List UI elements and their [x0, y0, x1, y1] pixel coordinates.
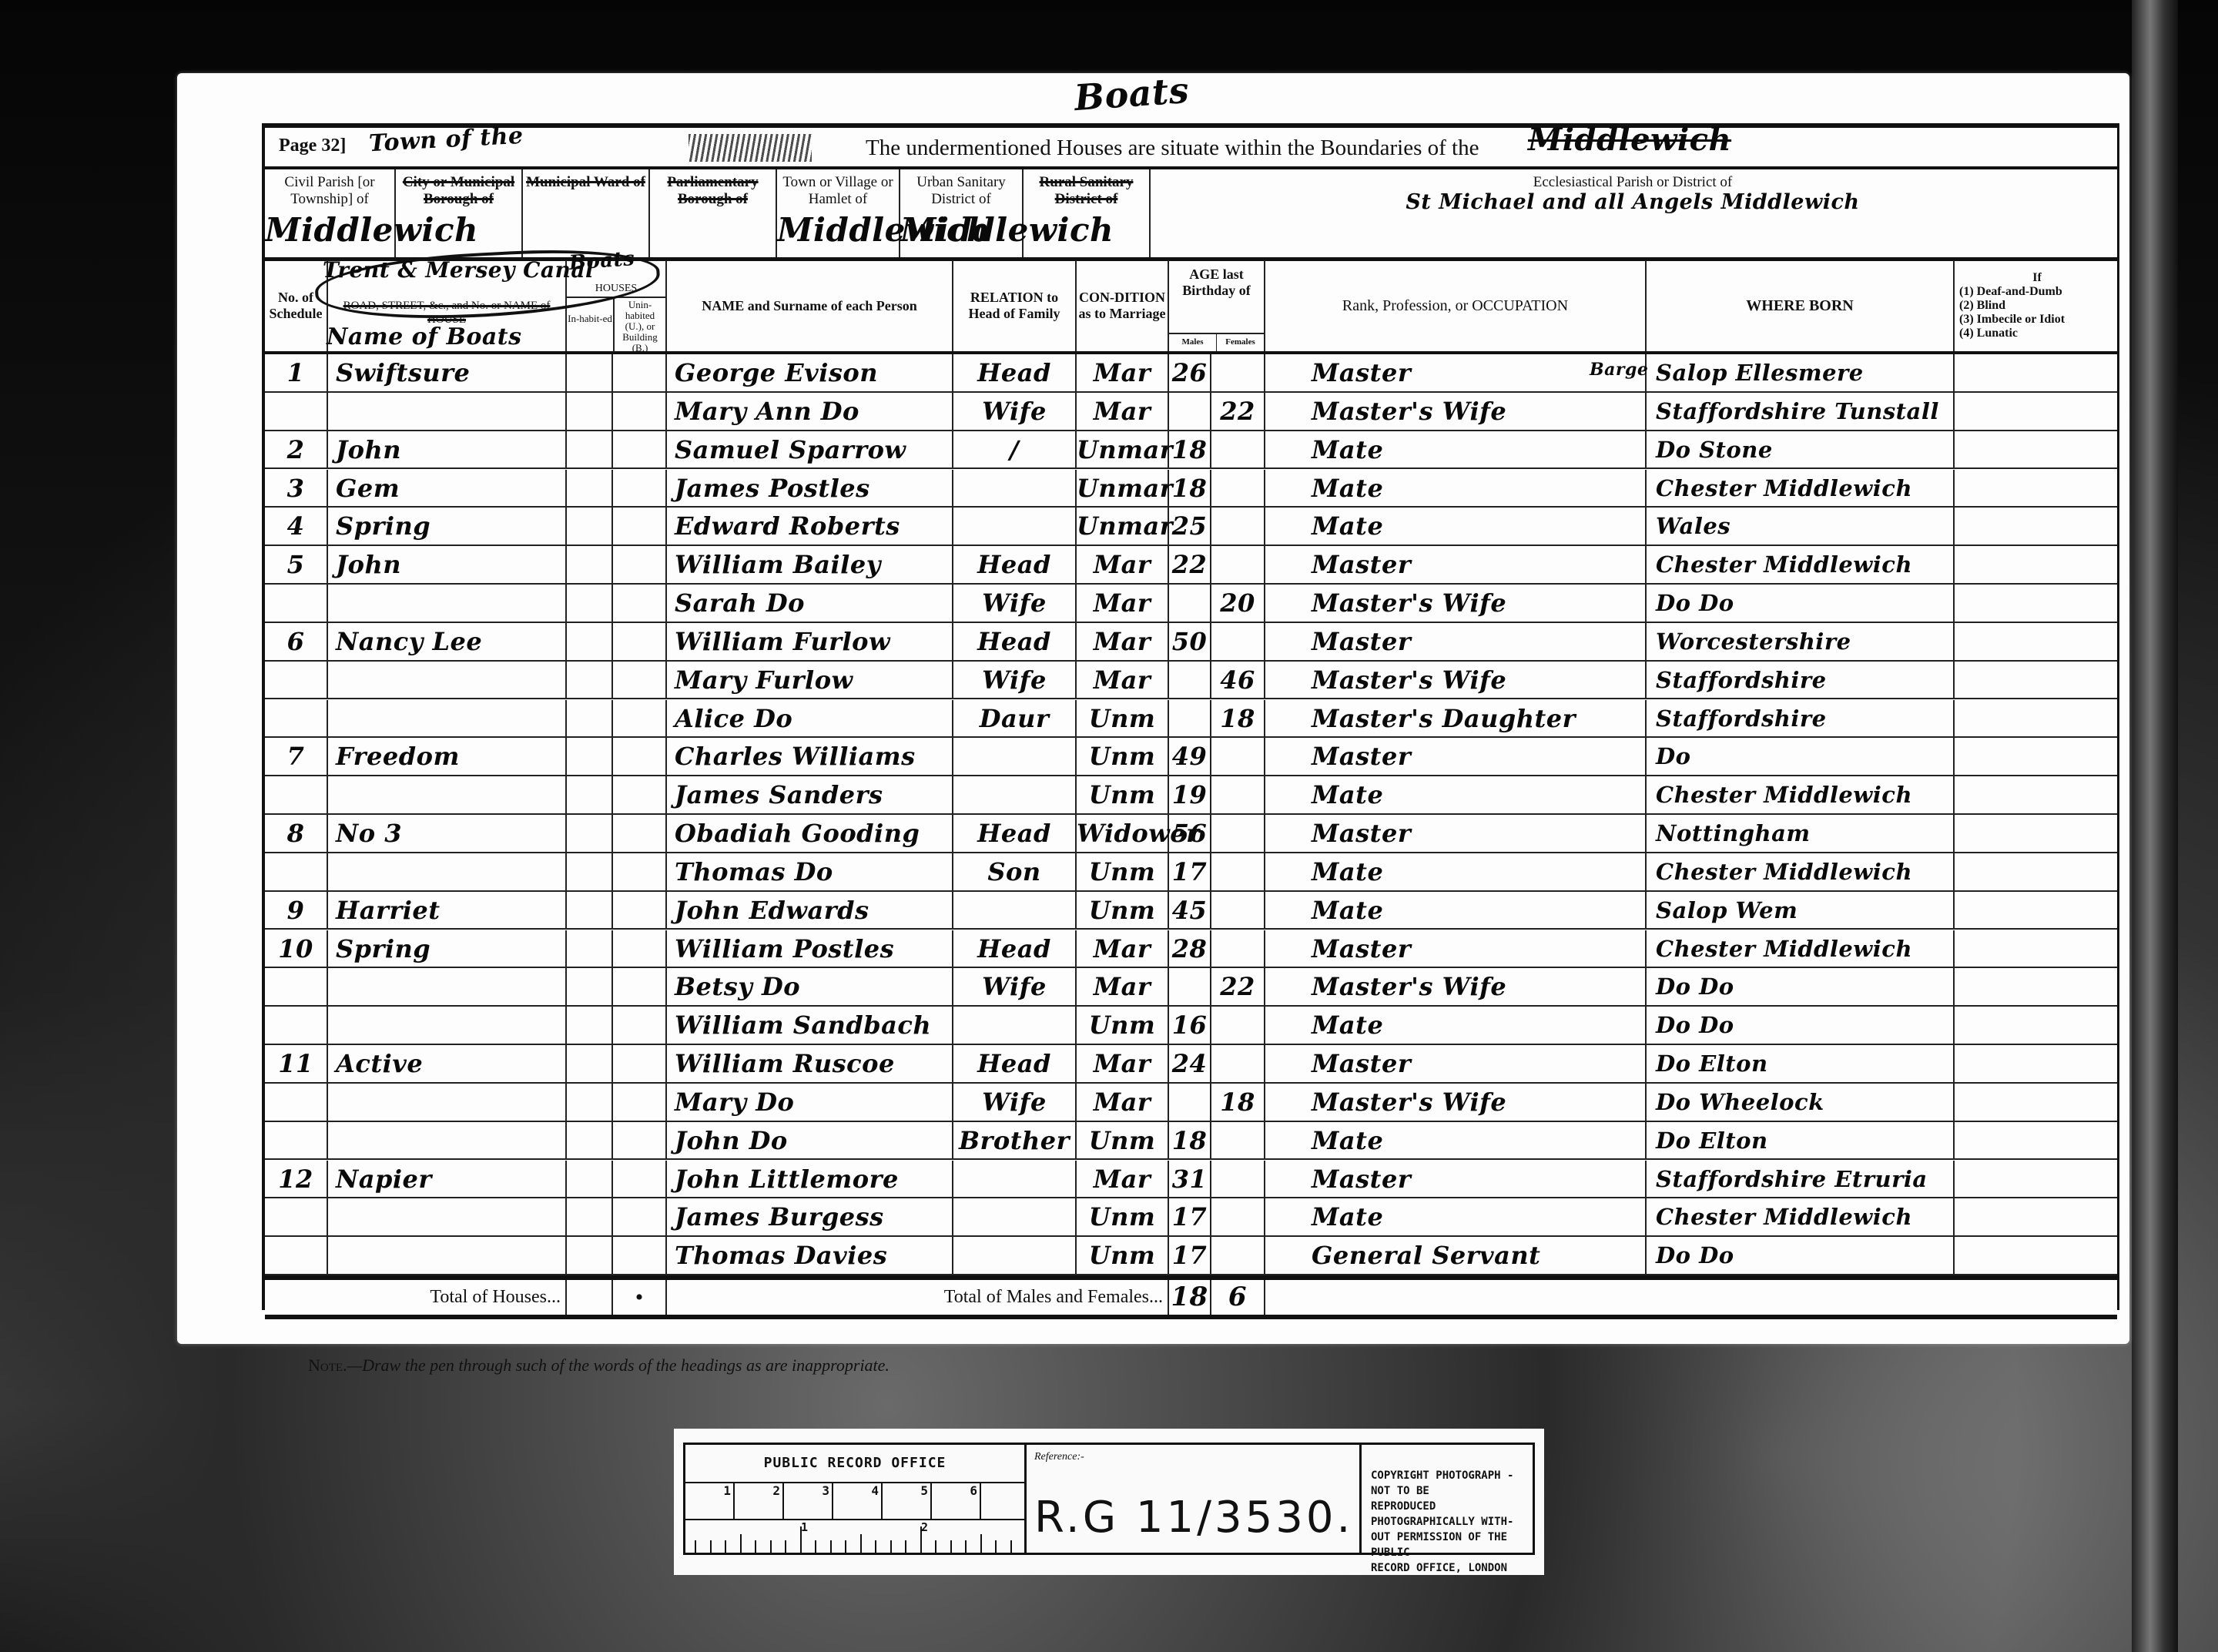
cell-empty	[613, 700, 667, 737]
boundary-value: Middlewich	[1528, 122, 1731, 158]
copyright-line: COPYRIGHT PHOTOGRAPH - NOT TO BE	[1371, 1468, 1533, 1499]
col-schedule: No. of Schedule	[265, 260, 328, 351]
cell-name: Samuel Sparrow	[667, 431, 953, 468]
cell-male-age: 50	[1169, 623, 1211, 660]
ruler-cm-mark: 3	[784, 1483, 833, 1519]
total-persons-label: Total of Males and Females...	[667, 1280, 1169, 1315]
cell-empty	[613, 738, 667, 775]
cell-male-age	[1169, 393, 1211, 430]
reference-box: Reference:- R.G 11/3530.	[1027, 1445, 1362, 1553]
col-age-males: Males	[1169, 334, 1217, 351]
cell-empty	[567, 431, 613, 468]
cell-empty	[613, 585, 667, 622]
cell-male-age: 17	[1169, 853, 1211, 890]
cell-where-born: Chester Middlewich	[1647, 853, 1955, 890]
cell-where-born: Do Stone	[1647, 431, 1955, 468]
cell-female-age: 22	[1211, 968, 1265, 1005]
cell-occupation: Master's Wife	[1265, 1084, 1647, 1121]
location-title: City or Municipal Borough of	[396, 169, 521, 208]
cell-schedule: 1	[265, 354, 328, 391]
cell-where-born: Do Do	[1647, 968, 1955, 1005]
cell-relation: Brother	[953, 1122, 1077, 1159]
cell-boat: Harriet	[328, 892, 567, 929]
copyright-line: RECORD OFFICE, LONDON	[1371, 1560, 1533, 1576]
situate-text: The undermentioned Houses are situate wi…	[866, 136, 1479, 161]
location-title: Parliamentary Borough of	[650, 169, 776, 208]
ruler-cm: 123456	[685, 1483, 1024, 1520]
cell-empty	[567, 892, 613, 929]
cell-occupation: Master	[1265, 738, 1647, 775]
table-row: 9HarrietJohn EdwardsUnm45MateSalop Wem	[265, 892, 2117, 930]
ruler-tick	[950, 1540, 952, 1553]
cell-schedule	[265, 1198, 328, 1235]
cell-occupation: Master's Wife	[1265, 662, 1647, 699]
cell-empty	[1955, 853, 2115, 890]
cell-empty	[1955, 1007, 2115, 1044]
cell-where-born: Do	[1647, 738, 1955, 775]
infirmity-option: (2) Blind	[1959, 299, 2115, 313]
cell-empty	[1955, 1161, 2115, 1198]
cell-male-age: 24	[1169, 1045, 1211, 1082]
cell-occupation: Master's Wife	[1265, 968, 1647, 1005]
cell-condition: Unm	[1077, 776, 1169, 813]
cell-female-age	[1211, 1045, 1265, 1082]
census-form: Page 32] Town of the The undermentioned …	[262, 123, 2119, 1310]
cell-empty	[613, 1237, 667, 1274]
cell-empty	[567, 1237, 613, 1274]
cell-relation: Head	[953, 623, 1077, 660]
location-value: St Michael and all Angels Middlewich	[1151, 191, 2115, 214]
total-females: 6	[1211, 1280, 1265, 1315]
cell-empty	[1955, 892, 2115, 929]
cell-boat	[328, 968, 567, 1005]
cell-relation: Head	[953, 354, 1077, 391]
location-cell: Parliamentary Borough of	[650, 169, 777, 257]
cell-relation: Head	[953, 546, 1077, 583]
cell-where-born: Salop Wem	[1647, 892, 1955, 929]
cell-female-age	[1211, 470, 1265, 507]
cell-boat: Active	[328, 1045, 567, 1082]
cell-condition: Unm	[1077, 853, 1169, 890]
ruler-tick	[995, 1540, 997, 1553]
cell-name: Sarah Do	[667, 585, 953, 622]
cell-empty	[567, 1122, 613, 1159]
cell-condition: Unmar	[1077, 508, 1169, 545]
ruler-tick	[1010, 1540, 1012, 1553]
cell-name: John Do	[667, 1122, 953, 1159]
cell-relation	[953, 1198, 1077, 1235]
cell-empty	[613, 623, 667, 660]
pro-box: PUBLIC RECORD OFFICE 123456 12	[685, 1445, 1027, 1553]
ruler-tick	[860, 1534, 862, 1553]
cell-female-age	[1211, 1122, 1265, 1159]
cell-schedule	[265, 393, 328, 430]
cell-male-age: 22	[1169, 546, 1211, 583]
cell-empty	[567, 1084, 613, 1121]
cell-female-age	[1211, 1237, 1265, 1274]
cell-empty	[1955, 546, 2115, 583]
cell-boat	[328, 1007, 567, 1044]
cell-male-age: 17	[1169, 1198, 1211, 1235]
cell-where-born: Staffordshire Tunstall	[1647, 393, 1955, 430]
table-row: 5JohnWilliam BaileyHeadMar22MasterCheste…	[265, 546, 2117, 585]
cell-name: John Littlemore	[667, 1161, 953, 1198]
cell-boat	[328, 585, 567, 622]
cell-schedule: 2	[265, 431, 328, 468]
cell-boat	[328, 700, 567, 737]
cell-empty	[613, 815, 667, 852]
cell-boat: John	[328, 431, 567, 468]
cell-where-born: Staffordshire Etruria	[1647, 1161, 1955, 1198]
redacted-scribble	[689, 134, 812, 162]
cell-schedule	[265, 1122, 328, 1159]
reference-value: R.G 11/3530.	[1034, 1493, 1353, 1543]
ruler-tick	[905, 1540, 906, 1553]
cell-boat: Nancy Lee	[328, 623, 567, 660]
col-uninhabited: Unin-habited (U.), or Building (B.)	[615, 298, 665, 352]
cell-empty	[613, 930, 667, 967]
cell-relation: Head	[953, 930, 1077, 967]
cell-male-age	[1169, 700, 1211, 737]
cell-occupation: Mate	[1265, 776, 1647, 813]
table-row: James BurgessUnm17MateChester Middlewich	[265, 1198, 2117, 1237]
total-houses-inhabited	[567, 1280, 613, 1315]
ruler-cm-mark: 4	[833, 1483, 883, 1519]
ruler-tick	[875, 1540, 876, 1553]
location-title: Municipal Ward of	[523, 169, 648, 191]
age-subheaders: Males Females	[1169, 333, 1264, 351]
cell-occupation: Mate	[1265, 1198, 1647, 1235]
cell-empty	[613, 546, 667, 583]
cell-male-age: 56	[1169, 815, 1211, 852]
cell-empty	[567, 662, 613, 699]
location-value: Middlewich	[777, 211, 899, 249]
cell-empty	[1955, 470, 2115, 507]
cell-occupation: Mate	[1265, 431, 1647, 468]
cell-where-born: Staffordshire	[1647, 700, 1955, 737]
cell-occupation: Mate	[1265, 853, 1647, 890]
cell-name: James Sanders	[667, 776, 953, 813]
cell-empty	[1955, 700, 2115, 737]
cell-empty	[567, 700, 613, 737]
cell-condition: Widower	[1077, 815, 1169, 852]
cell-schedule: 7	[265, 738, 328, 775]
cell-boat: Gem	[328, 470, 567, 507]
cell-condition: Mar	[1077, 930, 1169, 967]
cell-empty	[567, 738, 613, 775]
location-cell: Urban Sanitary District ofMiddlewich	[900, 169, 1024, 257]
total-houses-label: Total of Houses...	[265, 1280, 567, 1315]
cell-empty	[567, 508, 613, 545]
cell-empty	[567, 930, 613, 967]
cell-female-age	[1211, 1198, 1265, 1235]
cell-empty	[567, 585, 613, 622]
location-title: Town or Village or Hamlet of	[777, 169, 899, 208]
col-age-females: Females	[1217, 334, 1264, 351]
cell-relation: Head	[953, 815, 1077, 852]
location-value: Middlewich	[265, 211, 394, 249]
cell-schedule	[265, 1237, 328, 1274]
cell-male-age: 28	[1169, 930, 1211, 967]
cell-schedule: 6	[265, 623, 328, 660]
cell-schedule	[265, 700, 328, 737]
page-annotation: Town of the	[368, 122, 524, 157]
total-houses-mark: •	[613, 1280, 667, 1315]
page-label: Page 32]	[279, 136, 346, 156]
cell-relation: Son	[953, 853, 1077, 890]
cell-relation	[953, 1237, 1077, 1274]
totals-row: Total of Houses... • Total of Males and …	[265, 1275, 2117, 1319]
cell-where-born: Do Elton	[1647, 1045, 1955, 1082]
cell-boat: Swiftsure	[328, 354, 567, 391]
cell-condition: Mar	[1077, 1161, 1169, 1198]
cell-empty	[567, 623, 613, 660]
cell-occupation: Master	[1265, 815, 1647, 852]
cell-where-born: Chester Middlewich	[1647, 776, 1955, 813]
cell-empty	[567, 470, 613, 507]
column-header-row: No. of Schedule ROAD, STREET, &c., and N…	[265, 260, 2117, 354]
cell-occupation: Mate	[1265, 470, 1647, 507]
table-row: Alice DoDaurUnm18Master's DaughterStaffo…	[265, 700, 2117, 739]
cell-female-age: 18	[1211, 700, 1265, 737]
cell-boat	[328, 853, 567, 890]
cell-condition: Unm	[1077, 1237, 1169, 1274]
cell-empty	[613, 968, 667, 1005]
cell-boat: John	[328, 546, 567, 583]
cell-where-born: Do Wheelock	[1647, 1084, 1955, 1121]
cell-occupation: Master's Wife	[1265, 585, 1647, 622]
cell-where-born: Chester Middlewich	[1647, 546, 1955, 583]
ruler-tick	[770, 1540, 772, 1553]
table-row: 6Nancy LeeWilliam FurlowHeadMar50MasterW…	[265, 623, 2117, 662]
cell-empty	[613, 1122, 667, 1159]
cell-empty	[1955, 1237, 2115, 1274]
cell-empty	[613, 1007, 667, 1044]
reference-label: Reference:-	[1034, 1451, 1084, 1463]
cell-empty	[567, 354, 613, 391]
cell-where-born: Do Do	[1647, 1007, 1955, 1044]
cell-condition: Unm	[1077, 1198, 1169, 1235]
cell-empty	[1955, 623, 2115, 660]
ruler-tick	[785, 1540, 786, 1553]
cell-schedule	[265, 585, 328, 622]
location-title: Urban Sanitary District of	[900, 169, 1022, 208]
location-title: Ecclesiastical Parish or District of	[1151, 169, 2115, 191]
cell-relation: Wife	[953, 1084, 1077, 1121]
cell-empty	[613, 1198, 667, 1235]
cell-empty	[1955, 431, 2115, 468]
table-row: Betsy DoWifeMar22Master's WifeDo Do	[265, 968, 2117, 1007]
table-row: 11ActiveWilliam RuscoeHeadMar24MasterDo …	[265, 1045, 2117, 1084]
cell-empty	[567, 1161, 613, 1198]
cell-name: George Evison	[667, 354, 953, 391]
cell-condition: Unm	[1077, 738, 1169, 775]
cell-name: Obadiah Gooding	[667, 815, 953, 852]
cell-male-age	[1169, 1084, 1211, 1121]
cell-empty	[613, 470, 667, 507]
ruler-tick	[725, 1540, 726, 1553]
cell-empty	[1955, 815, 2115, 852]
cell-name: Edward Roberts	[667, 508, 953, 545]
cell-empty	[1955, 1084, 2115, 1121]
cell-occupation: General Servant	[1265, 1237, 1647, 1274]
table-row: Thomas DaviesUnm17General ServantDo Do	[265, 1237, 2117, 1275]
cell-schedule	[265, 1084, 328, 1121]
cell-empty	[613, 662, 667, 699]
cell-female-age	[1211, 1161, 1265, 1198]
cell-empty	[567, 815, 613, 852]
pro-title: PUBLIC RECORD OFFICE	[685, 1445, 1024, 1483]
cell-empty	[567, 1045, 613, 1082]
ruler-tick	[935, 1540, 936, 1553]
cell-female-age	[1211, 776, 1265, 813]
cell-female-age	[1211, 546, 1265, 583]
cell-relation	[953, 738, 1077, 775]
ruler-inch-label: 1	[801, 1520, 808, 1534]
cell-condition: Unmar	[1077, 431, 1169, 468]
cell-schedule: 10	[265, 930, 328, 967]
ruler-inches: 12	[685, 1520, 1024, 1553]
cell-schedule: 3	[265, 470, 328, 507]
cell-occupation: Master's Wife	[1265, 393, 1647, 430]
cell-empty	[567, 1198, 613, 1235]
col-condition: CON-DITION as to Marriage	[1077, 260, 1169, 351]
col-name: NAME and Surname of each Person	[667, 260, 953, 351]
cell-male-age: 45	[1169, 892, 1211, 929]
cell-empty	[1955, 508, 2115, 545]
cell-empty	[613, 1084, 667, 1121]
cell-female-age	[1211, 815, 1265, 852]
cell-male-age	[1169, 585, 1211, 622]
table-row: 12NapierJohn LittlemoreMar31MasterStaffo…	[265, 1161, 2117, 1199]
col-age-label: AGE last Birthday of	[1169, 266, 1264, 299]
form-note: Note.—Draw the pen through such of the w…	[308, 1355, 890, 1376]
copyright-line: OUT PERMISSION OF THE PUBLIC	[1371, 1530, 1533, 1560]
cell-name: Mary Do	[667, 1084, 953, 1121]
houses-annotation: Boats	[568, 247, 635, 275]
location-value: Middlewich	[900, 211, 1022, 249]
road-annotation: Name of Boats	[327, 323, 522, 350]
header-strip: Page 32] Town of the The undermentioned …	[265, 128, 2117, 169]
cell-boat	[328, 1084, 567, 1121]
cell-boat	[328, 1237, 567, 1274]
cell-condition: Unm	[1077, 1122, 1169, 1159]
cell-female-age	[1211, 508, 1265, 545]
cell-relation: Daur	[953, 700, 1077, 737]
cell-relation	[953, 470, 1077, 507]
cell-empty	[567, 393, 613, 430]
cell-where-born: Salop Ellesmere	[1647, 354, 1955, 391]
cell-empty	[1955, 968, 2115, 1005]
cell-condition: Mar	[1077, 1045, 1169, 1082]
table-row: William SandbachUnm16MateDo Do	[265, 1007, 2117, 1045]
table-row: 4SpringEdward RobertsUnmar25MateWales	[265, 508, 2117, 546]
cell-name: Thomas Davies	[667, 1237, 953, 1274]
location-cell: Rural Sanitary District of	[1024, 169, 1151, 257]
cell-name: William Sandbach	[667, 1007, 953, 1044]
cell-relation: Wife	[953, 968, 1077, 1005]
ruler-cm-mark: 6	[932, 1483, 981, 1519]
cell-female-age: 18	[1211, 1084, 1265, 1121]
table-row: Mary DoWifeMar18Master's WifeDo Wheelock	[265, 1084, 2117, 1122]
canal-annotation: Trent & Mersey Canal	[323, 257, 594, 283]
cell-name: Betsy Do	[667, 968, 953, 1005]
cell-boat	[328, 662, 567, 699]
cell-relation: Wife	[953, 585, 1077, 622]
cell-where-born: Chester Middlewich	[1647, 470, 1955, 507]
location-cell: City or Municipal Borough of	[396, 169, 523, 257]
cell-empty	[613, 1045, 667, 1082]
col-infirmity-options: (1) Deaf-and-Dumb(2) Blind(3) Imbecile o…	[1959, 285, 2115, 340]
cell-relation	[953, 508, 1077, 545]
infirmity-option: (4) Lunatic	[1959, 327, 2115, 340]
col-infirmity-if: If	[1959, 271, 2115, 285]
ruler-tick	[815, 1540, 816, 1553]
cell-relation	[953, 1007, 1077, 1044]
cell-where-born: Worcestershire	[1647, 623, 1955, 660]
cell-condition: Mar	[1077, 662, 1169, 699]
location-title: Civil Parish [or Township] of	[265, 169, 394, 208]
ruler-tick	[980, 1534, 982, 1553]
cell-empty	[613, 431, 667, 468]
cell-name: William Postles	[667, 930, 953, 967]
cell-empty	[613, 354, 667, 391]
cell-male-age: 18	[1169, 431, 1211, 468]
cell-occupation: Master	[1265, 546, 1647, 583]
cell-condition: Unm	[1077, 1007, 1169, 1044]
table-row: James SandersUnm19MateChester Middlewich	[265, 776, 2117, 815]
cell-name: Alice Do	[667, 700, 953, 737]
location-cell: Municipal Ward of	[523, 169, 650, 257]
cell-boat	[328, 1198, 567, 1235]
table-row: Thomas DoSonUnm17MateChester Middlewich	[265, 853, 2117, 892]
cell-empty	[1955, 1122, 2115, 1159]
boats-annotation: Boats	[1073, 69, 1190, 119]
cell-male-age: 17	[1169, 1237, 1211, 1274]
cell-name: James Burgess	[667, 1198, 953, 1235]
table-row: John DoBrotherUnm18MateDo Elton	[265, 1122, 2117, 1161]
cell-male-age	[1169, 662, 1211, 699]
cell-name: Mary Ann Do	[667, 393, 953, 430]
cell-schedule	[265, 1007, 328, 1044]
total-males: 18	[1169, 1280, 1211, 1315]
cell-male-age: 25	[1169, 508, 1211, 545]
table-row: Sarah DoWifeMar20Master's WifeDo Do	[265, 585, 2117, 623]
cell-where-born: Chester Middlewich	[1647, 930, 1955, 967]
cell-empty	[613, 393, 667, 430]
infirmity-option: (1) Deaf-and-Dumb	[1959, 285, 2115, 299]
col-age: AGE last Birthday of Males Females	[1169, 260, 1265, 351]
cell-occupation: Mate	[1265, 892, 1647, 929]
cell-where-born: Nottingham	[1647, 815, 1955, 852]
cell-male-age: 31	[1169, 1161, 1211, 1198]
cell-condition: Unm	[1077, 700, 1169, 737]
cell-schedule	[265, 776, 328, 813]
cell-empty	[1955, 1045, 2115, 1082]
cell-occupation: Master	[1265, 1161, 1647, 1198]
cell-name: John Edwards	[667, 892, 953, 929]
cell-occupation: Mate	[1265, 1007, 1647, 1044]
cell-where-born: Staffordshire	[1647, 662, 1955, 699]
cell-schedule	[265, 662, 328, 699]
cell-occupation: Master's Daughter	[1265, 700, 1647, 737]
col-where-born: WHERE BORN	[1647, 260, 1955, 351]
note-text: —Draw the pen through such of the words …	[347, 1355, 890, 1375]
census-rows: 1SwiftsureGeorge EvisonHeadMar26MasterSa…	[265, 354, 2117, 1275]
cell-schedule: 11	[265, 1045, 328, 1082]
ruler-cm-mark: 2	[735, 1483, 784, 1519]
cell-name: Thomas Do	[667, 853, 953, 890]
